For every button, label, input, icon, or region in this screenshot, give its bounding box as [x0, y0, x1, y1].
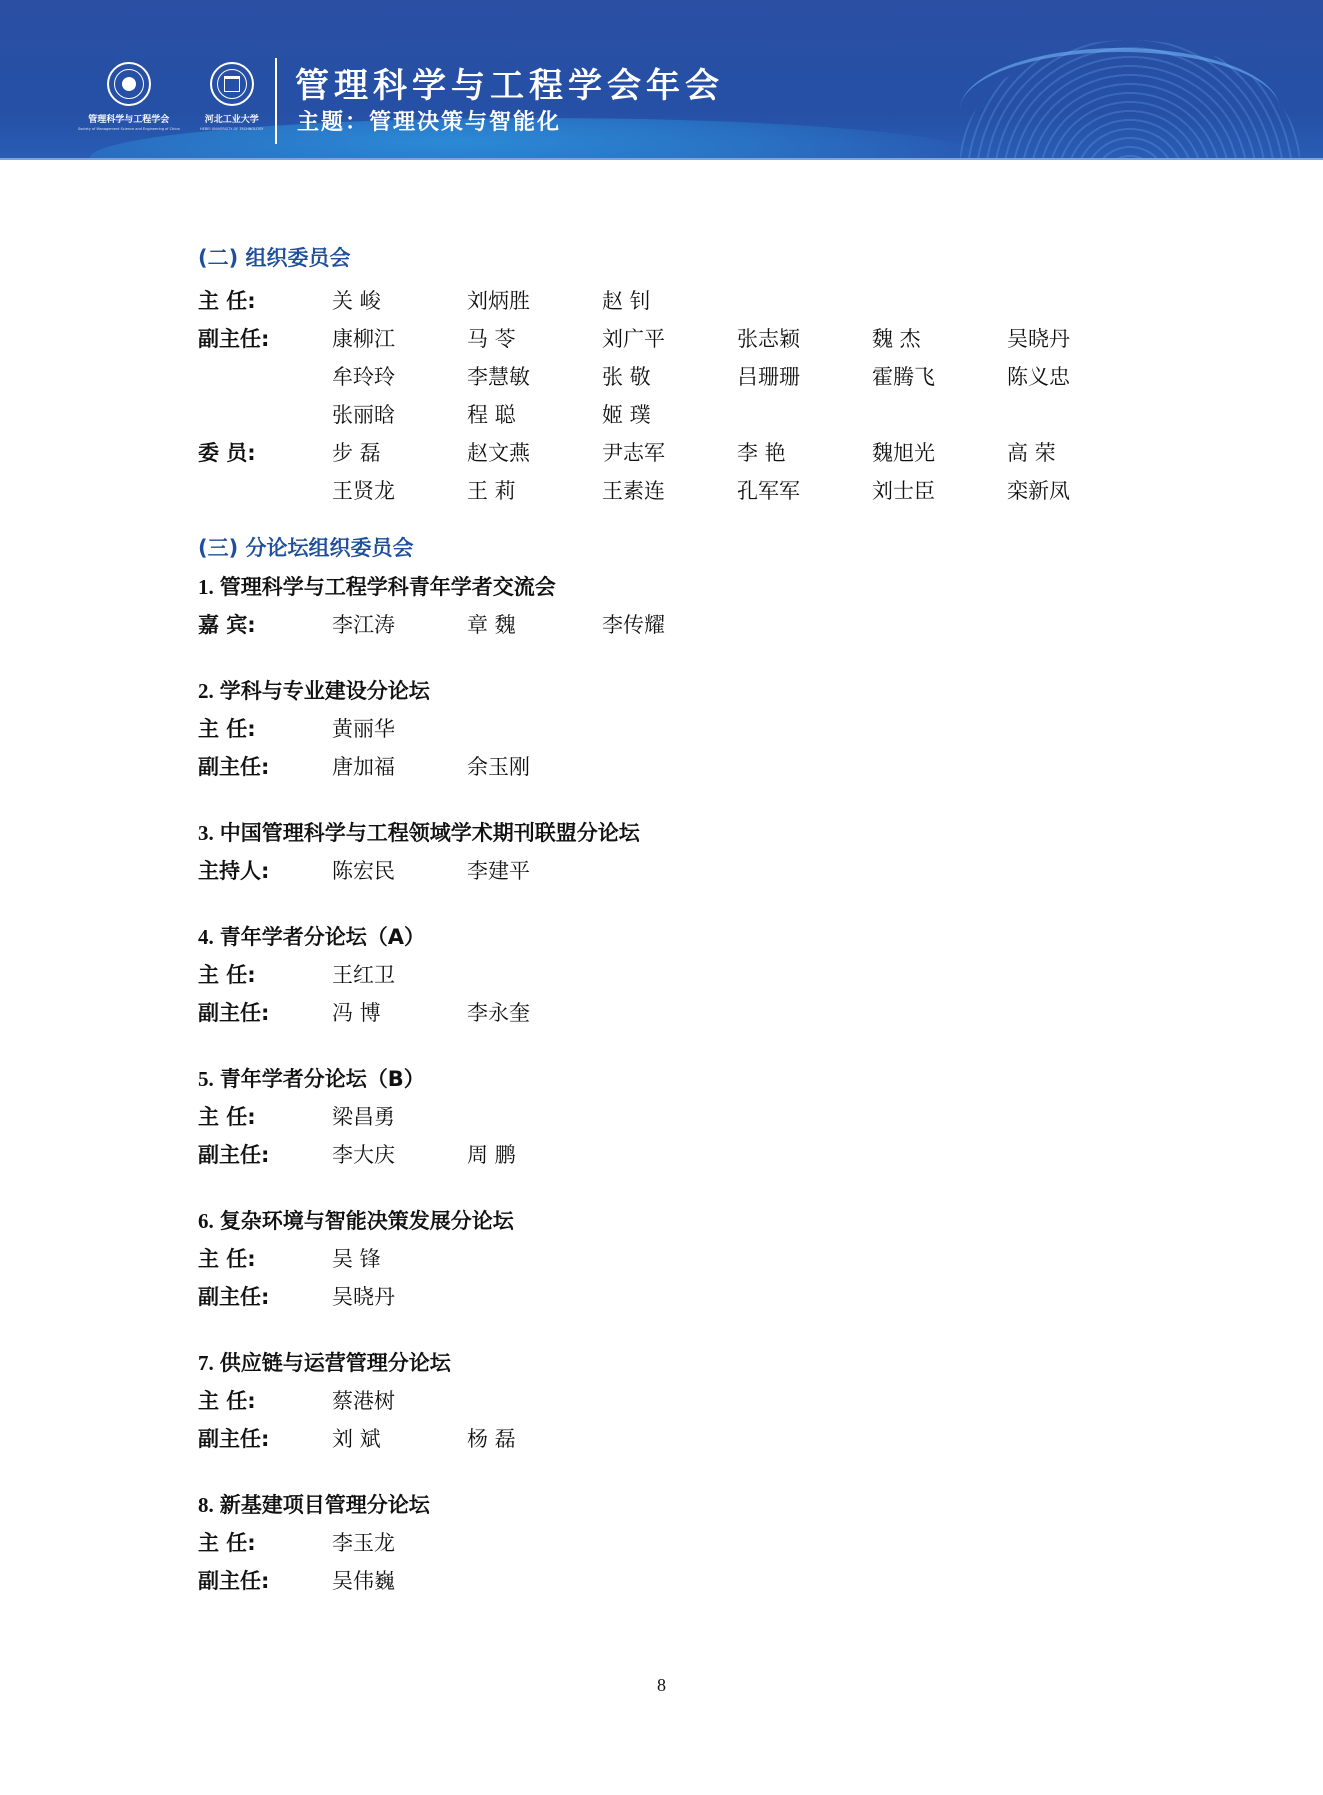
forum-title: 7.供应链与运营管理分论坛 — [198, 1344, 1158, 1382]
member-name: 李传耀 — [602, 606, 737, 644]
forum-number: 4. — [198, 925, 214, 949]
role-label: 嘉 宾: — [198, 606, 332, 644]
forum-role-row: 主 任: 黄丽华 — [198, 710, 1158, 748]
member-name: 步 磊 — [332, 434, 467, 472]
forum-block: 6.复杂环境与智能决策发展分论坛 主 任: 吴 锋 副主任: 吴晓丹 — [198, 1202, 1158, 1316]
member-name: 吴晓丹 — [1007, 320, 1142, 358]
forum-block: 7.供应链与运营管理分论坛 主 任: 蔡港树 副主任: 刘 斌 杨 磊 — [198, 1344, 1158, 1458]
forum-name: 复杂环境与智能决策发展分论坛 — [220, 1209, 514, 1233]
member-name: 李慧敏 — [467, 358, 602, 396]
role-label: 副主任: — [198, 1136, 332, 1174]
member-name: 吴 锋 — [332, 1240, 467, 1278]
member-name: 李江涛 — [332, 606, 467, 644]
forum-name: 青年学者分论坛（A） — [220, 925, 425, 949]
member-name: 陈义忠 — [1007, 358, 1142, 396]
member-name: 陈宏民 — [332, 852, 467, 890]
member-name: 梁昌勇 — [332, 1098, 467, 1136]
member-name: 魏旭光 — [872, 434, 1007, 472]
member-name: 余玉刚 — [467, 748, 602, 786]
forum-title: 3.中国管理科学与工程领域学术期刊联盟分论坛 — [198, 814, 1158, 852]
member-name: 杨 磊 — [467, 1420, 602, 1458]
member-name: 尹志军 — [602, 434, 737, 472]
member-name: 刘士臣 — [872, 472, 1007, 510]
member-name: 孔军军 — [737, 472, 872, 510]
member-name: 赵 钊 — [602, 282, 737, 320]
forum-role-row: 副主任: 吴晓丹 — [198, 1278, 1158, 1316]
forum-block: 5.青年学者分论坛（B） 主 任: 梁昌勇 副主任: 李大庆 周 鹏 — [198, 1060, 1158, 1174]
member-name: 吕珊珊 — [737, 358, 872, 396]
member-name: 刘炳胜 — [467, 282, 602, 320]
member-name: 王贤龙 — [332, 472, 467, 510]
member-name: 王红卫 — [332, 956, 467, 994]
role-label: 主 任: — [198, 1098, 332, 1136]
society-logo-subcaption: Society of Management Science and Engine… — [78, 127, 180, 131]
member-name: 程 聪 — [467, 396, 602, 434]
section-heading-forum-committee: (三) 分论坛组织委员会 — [198, 534, 1158, 562]
member-name: 魏 杰 — [872, 320, 1007, 358]
role-label: 副主任: — [198, 1562, 332, 1600]
member-name: 栾新凤 — [1007, 472, 1142, 510]
forum-title: 8.新基建项目管理分论坛 — [198, 1486, 1158, 1524]
member-name: 牟玲玲 — [332, 358, 467, 396]
member-name: 高 荣 — [1007, 434, 1142, 472]
section-heading-org-committee: (二) 组织委员会 — [198, 244, 1158, 272]
committee-row: 委 员: 步 磊 赵文燕 尹志军 李 艳 魏旭光 高 荣 — [198, 434, 1158, 472]
member-name: 李 艳 — [737, 434, 872, 472]
member-name: 章 魏 — [467, 606, 602, 644]
role-label: 副主任: — [198, 1278, 332, 1316]
forum-block: 4.青年学者分论坛（A） 主 任: 王红卫 副主任: 冯 博 李永奎 — [198, 918, 1158, 1032]
forum-role-row: 嘉 宾: 李江涛 章 魏 李传耀 — [198, 606, 1158, 644]
forum-role-row: 副主任: 唐加福 余玉刚 — [198, 748, 1158, 786]
role-label: 主 任: — [198, 1382, 332, 1420]
forum-role-row: 主 任: 梁昌勇 — [198, 1098, 1158, 1136]
forum-role-row: 副主任: 刘 斌 杨 磊 — [198, 1420, 1158, 1458]
role-label — [198, 472, 332, 510]
forum-name: 青年学者分论坛（B） — [220, 1067, 425, 1091]
member-name: 刘广平 — [602, 320, 737, 358]
role-label — [198, 396, 332, 434]
role-label: 主 任: — [198, 1240, 332, 1278]
member-name: 霍腾飞 — [872, 358, 1007, 396]
committee-row: 牟玲玲 李慧敏 张 敬 吕珊珊 霍腾飞 陈义忠 — [198, 358, 1158, 396]
forum-title: 1.管理科学与工程学科青年学者交流会 — [198, 568, 1158, 606]
member-name: 唐加福 — [332, 748, 467, 786]
role-label: 副主任: — [198, 320, 332, 358]
forum-number: 5. — [198, 1067, 214, 1091]
forum-role-row: 副主任: 冯 博 李永奎 — [198, 994, 1158, 1032]
member-name: 刘 斌 — [332, 1420, 467, 1458]
forum-name: 中国管理科学与工程领域学术期刊联盟分论坛 — [220, 821, 640, 845]
member-name: 康柳江 — [332, 320, 467, 358]
university-emblem-icon — [210, 62, 254, 106]
role-label — [198, 358, 332, 396]
org-committee-list: 主 任: 关 峻 刘炳胜 赵 钊 副主任: 康柳江 马 苓 刘广平 张志颖 魏 … — [198, 282, 1158, 510]
role-label: 主持人: — [198, 852, 332, 890]
member-name: 冯 博 — [332, 994, 467, 1032]
member-name: 李建平 — [467, 852, 602, 890]
member-name: 吴晓丹 — [332, 1278, 467, 1316]
header-banner: 管理科学与工程学会 Society of Management Science … — [0, 0, 1323, 160]
forum-title: 2.学科与专业建设分论坛 — [198, 672, 1158, 710]
university-logo-caption: 河北工业大学 — [205, 112, 259, 125]
forum-name: 新基建项目管理分论坛 — [220, 1493, 430, 1517]
role-label: 副主任: — [198, 994, 332, 1032]
forum-title: 5.青年学者分论坛（B） — [198, 1060, 1158, 1098]
forum-title: 6.复杂环境与智能决策发展分论坛 — [198, 1202, 1158, 1240]
member-name: 张志颖 — [737, 320, 872, 358]
member-name: 周 鹏 — [467, 1136, 602, 1174]
member-name: 张丽晗 — [332, 396, 467, 434]
forum-name: 供应链与运营管理分论坛 — [220, 1351, 451, 1375]
forum-name: 学科与专业建设分论坛 — [220, 679, 430, 703]
conference-title: 管理科学与工程学会年会 — [295, 58, 724, 107]
role-label: 主 任: — [198, 956, 332, 994]
society-logo: 管理科学与工程学会 Society of Management Science … — [78, 62, 180, 131]
forum-block: 3.中国管理科学与工程领域学术期刊联盟分论坛 主持人: 陈宏民 李建平 — [198, 814, 1158, 890]
globe-arc-decoration — [960, 48, 1280, 160]
role-label: 主 任: — [198, 1524, 332, 1562]
forum-number: 8. — [198, 1493, 214, 1517]
forum-role-row: 主 任: 李玉龙 — [198, 1524, 1158, 1562]
atom-emblem-icon — [107, 62, 151, 106]
university-logo: 河北工业大学 HEBEI UNIVERSITY OF TECHNOLOGY — [200, 62, 263, 131]
member-name: 赵文燕 — [467, 434, 602, 472]
committee-row: 副主任: 康柳江 马 苓 刘广平 张志颖 魏 杰 吴晓丹 — [198, 320, 1158, 358]
member-name: 关 峻 — [332, 282, 467, 320]
conference-theme: 主题：管理决策与智能化 — [297, 105, 561, 136]
member-name: 王素连 — [602, 472, 737, 510]
forum-role-row: 主 任: 蔡港树 — [198, 1382, 1158, 1420]
forum-role-row: 副主任: 吴伟巍 — [198, 1562, 1158, 1600]
member-name: 吴伟巍 — [332, 1562, 467, 1600]
role-label: 委 员: — [198, 434, 332, 472]
forum-block: 8.新基建项目管理分论坛 主 任: 李玉龙 副主任: 吴伟巍 — [198, 1486, 1158, 1600]
forum-block: 2.学科与专业建设分论坛 主 任: 黄丽华 副主任: 唐加福 余玉刚 — [198, 672, 1158, 786]
role-label: 主 任: — [198, 710, 332, 748]
committee-row: 主 任: 关 峻 刘炳胜 赵 钊 — [198, 282, 1158, 320]
member-name: 蔡港树 — [332, 1382, 467, 1420]
member-name: 张 敬 — [602, 358, 737, 396]
forum-block: 1.管理科学与工程学科青年学者交流会 嘉 宾: 李江涛 章 魏 李传耀 — [198, 568, 1158, 644]
committee-row: 王贤龙 王 莉 王素连 孔军军 刘士臣 栾新凤 — [198, 472, 1158, 510]
forum-role-row: 副主任: 李大庆 周 鹏 — [198, 1136, 1158, 1174]
header-divider — [275, 58, 277, 144]
member-name: 姬 璞 — [602, 396, 737, 434]
university-logo-subcaption: HEBEI UNIVERSITY OF TECHNOLOGY — [200, 127, 263, 131]
forum-title: 4.青年学者分论坛（A） — [198, 918, 1158, 956]
forum-number: 1. — [198, 575, 214, 599]
member-name: 李永奎 — [467, 994, 602, 1032]
role-label: 主 任: — [198, 282, 332, 320]
page-number: 8 — [0, 1675, 1323, 1696]
forum-name: 管理科学与工程学科青年学者交流会 — [220, 575, 556, 599]
member-name: 李大庆 — [332, 1136, 467, 1174]
forum-number: 6. — [198, 1209, 214, 1233]
forum-role-row: 主 任: 吴 锋 — [198, 1240, 1158, 1278]
forum-role-row: 主 任: 王红卫 — [198, 956, 1158, 994]
committee-row: 张丽晗 程 聪 姬 璞 — [198, 396, 1158, 434]
role-label: 副主任: — [198, 748, 332, 786]
member-name: 王 莉 — [467, 472, 602, 510]
member-name: 李玉龙 — [332, 1524, 467, 1562]
role-label: 副主任: — [198, 1420, 332, 1458]
document-body: (二) 组织委员会 主 任: 关 峻 刘炳胜 赵 钊 副主任: 康柳江 马 苓 … — [198, 244, 1158, 1600]
forum-number: 3. — [198, 821, 214, 845]
forum-number: 2. — [198, 679, 214, 703]
member-name: 黄丽华 — [332, 710, 467, 748]
forum-number: 7. — [198, 1351, 214, 1375]
member-name: 马 苓 — [467, 320, 602, 358]
forum-role-row: 主持人: 陈宏民 李建平 — [198, 852, 1158, 890]
society-logo-caption: 管理科学与工程学会 — [88, 112, 169, 125]
